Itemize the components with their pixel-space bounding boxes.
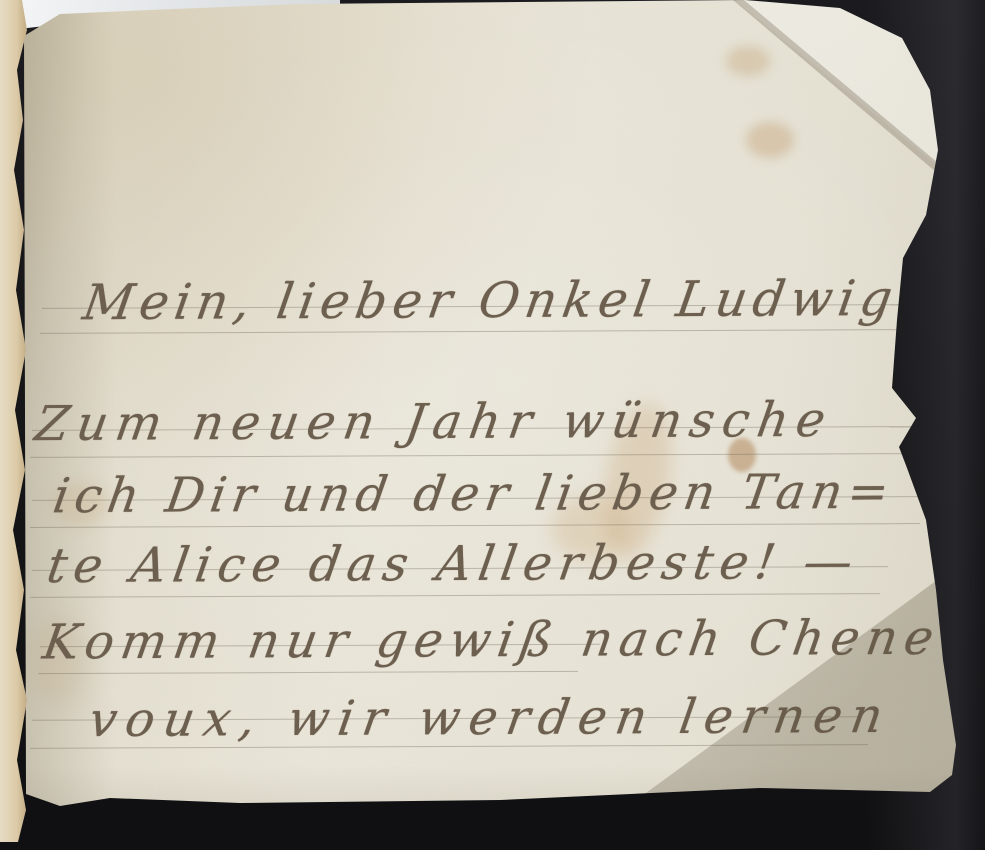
photo-of-handwritten-letter: Mein, lieber Onkel Ludwig! Zum neuen Jah… [0, 0, 985, 850]
letter-page: Mein, lieber Onkel Ludwig! Zum neuen Jah… [0, 0, 985, 850]
paper-texture [0, 0, 985, 850]
